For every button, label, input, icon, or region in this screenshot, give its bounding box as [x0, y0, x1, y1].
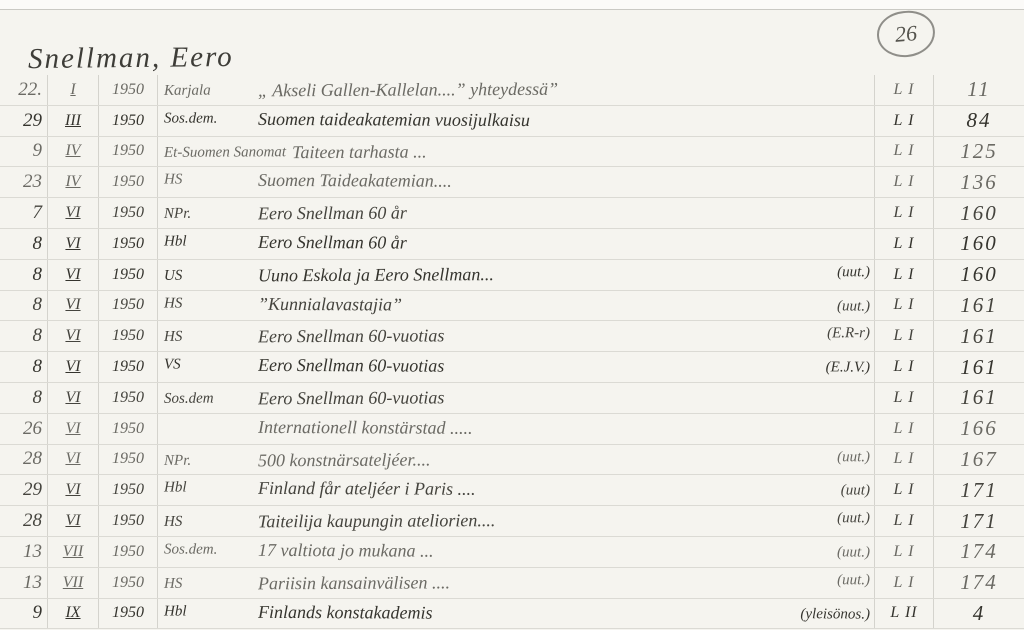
- entry-paper: HS: [164, 295, 252, 312]
- entry-text: HS Taiteilija kaupungin ateliorien.... (…: [158, 504, 874, 538]
- entry-title: Eero Snellman 60-vuotias: [258, 388, 444, 410]
- entry-page-ref: 161: [933, 352, 1024, 382]
- entry-note: (uut.): [829, 545, 870, 562]
- entry-year: 1950: [99, 414, 158, 444]
- entry-text: HS Eero Snellman 60-vuotias (E.R-r): [158, 320, 874, 354]
- entry-paper: Hbl: [164, 234, 252, 251]
- entry-page-ref: 171: [933, 475, 1024, 505]
- entry-row: 8 VI 1950 Sos.dem Eero Snellman 60-vuoti…: [0, 383, 1024, 414]
- entry-row: 9 IX 1950 Hbl Finlands konstakademis (yl…: [0, 599, 1024, 630]
- entry-page-ref: 161: [933, 383, 1024, 413]
- entry-page-ref: 161: [933, 321, 1024, 351]
- entry-text: Et-Suomen Sanomat Taiteen tarhasta ...: [158, 135, 874, 169]
- entry-title: Taiteilija kaupungin ateliorien....: [258, 511, 495, 533]
- entry-row: 28 VI 1950 HS Taiteilija kaupungin ateli…: [0, 506, 1024, 537]
- entry-month: VII: [47, 568, 99, 598]
- entry-page-ref: 174: [933, 568, 1024, 598]
- scan-top-edge: [0, 0, 1024, 10]
- entry-row: 23 IV 1950 HS Suomen Taideakatemian.... …: [0, 167, 1024, 198]
- entry-year: 1950: [99, 291, 158, 321]
- entry-day: 13: [0, 541, 47, 563]
- entry-row: 9 IV 1950 Et-Suomen Sanomat Taiteen tarh…: [0, 137, 1024, 168]
- entry-signature: L II: [874, 599, 933, 629]
- entry-row: 29 VI 1950 Hbl Finland får ateljéer i Pa…: [0, 475, 1024, 506]
- entry-year: 1950: [99, 506, 158, 536]
- entry-row: 28 VI 1950 NPr. 500 konstnärsateljéer...…: [0, 445, 1024, 476]
- entry-signature: L I: [874, 229, 933, 259]
- entry-year: 1950: [99, 321, 158, 351]
- entry-year: 1950: [99, 568, 158, 598]
- entry-text: HS Pariisin kansainvälisen .... (uut.): [158, 566, 874, 600]
- card-heading: Snellman, Eero: [28, 41, 234, 76]
- entry-row: 8 VI 1950 HS Eero Snellman 60-vuotias (E…: [0, 321, 1024, 352]
- entry-day: 9: [0, 602, 47, 624]
- entry-page-ref: 84: [933, 106, 1024, 136]
- entry-year: 1950: [99, 352, 158, 382]
- entry-text: NPr. 500 konstnärsateljéer.... (uut.): [158, 443, 874, 477]
- entry-paper: HS: [164, 514, 252, 531]
- entry-month: VI: [47, 352, 99, 382]
- entry-page-ref: 4: [933, 599, 1024, 629]
- entry-month: IX: [47, 599, 99, 629]
- entry-day: 8: [0, 356, 47, 378]
- entry-signature: L I: [874, 414, 933, 444]
- entry-day: 8: [0, 387, 47, 409]
- entry-row: 13 VII 1950 HS Pariisin kansainvälisen .…: [0, 568, 1024, 599]
- entry-year: 1950: [99, 599, 158, 629]
- entry-month: VI: [47, 383, 99, 413]
- entry-page-ref: 125: [933, 137, 1024, 167]
- entry-day: 26: [0, 418, 47, 440]
- entry-text: Hbl Eero Snellman 60 år: [158, 227, 874, 260]
- entry-year: 1950: [99, 537, 158, 567]
- entry-note: (uut.): [829, 449, 870, 466]
- entry-year: 1950: [99, 198, 158, 228]
- entry-signature: L I: [874, 291, 933, 321]
- entry-title: Eero Snellman 60-vuotias: [258, 326, 444, 348]
- entry-page-ref: 166: [933, 414, 1024, 444]
- entry-note: (E.R-r): [819, 326, 870, 343]
- entry-page-ref: 11: [933, 75, 1024, 105]
- entry-paper: NPr.: [164, 206, 252, 223]
- entry-row: 22. I 1950 Karjala „ Akseli Gallen-Kalle…: [0, 75, 1024, 106]
- entry-paper: HS: [164, 576, 252, 593]
- entry-month: VII: [47, 537, 99, 567]
- entry-month: VI: [47, 506, 99, 536]
- entry-title: Finland får ateljéer i Paris ....: [258, 479, 476, 501]
- entry-paper: Hbl: [164, 480, 252, 497]
- entry-year: 1950: [99, 260, 158, 290]
- entry-title: 500 konstnärsateljéer....: [258, 449, 431, 471]
- entry-month: I: [47, 75, 99, 105]
- entry-text: Hbl Finlands konstakademis (yleisönos.): [158, 597, 874, 630]
- entry-year: 1950: [99, 167, 158, 197]
- entry-note: (uut.): [829, 511, 870, 528]
- entry-paper: Sos.dem.: [164, 542, 252, 559]
- entry-month: VI: [47, 321, 99, 351]
- entry-signature: L I: [874, 383, 933, 413]
- entries-table: 22. I 1950 Karjala „ Akseli Gallen-Kalle…: [0, 75, 1024, 630]
- entry-signature: L I: [874, 167, 933, 197]
- entry-paper: HS: [164, 329, 252, 346]
- entry-paper: VS: [164, 357, 252, 374]
- entry-day: 7: [0, 202, 47, 224]
- entry-row: 8 VI 1950 VS Eero Snellman 60-vuotias (E…: [0, 352, 1024, 383]
- entry-note: (uut.): [829, 298, 870, 315]
- entry-day: 13: [0, 572, 47, 594]
- entry-day: 8: [0, 294, 47, 316]
- entry-title: Taiteen tarhasta ...: [292, 141, 427, 163]
- entry-signature: L I: [874, 75, 933, 105]
- entry-page-ref: 167: [933, 445, 1024, 475]
- entry-month: VI: [47, 291, 99, 321]
- entry-year: 1950: [99, 137, 158, 167]
- entry-title: Suomen Taideakatemian....: [258, 171, 452, 193]
- entry-page-ref: 161: [933, 291, 1024, 321]
- entry-text: Sos.dem Eero Snellman 60-vuotias: [158, 381, 874, 415]
- entry-row: 7 VI 1950 NPr. Eero Snellman 60 år L I 1…: [0, 198, 1024, 229]
- entry-text: VS Eero Snellman 60-vuotias (E.J.V.): [158, 351, 874, 384]
- entry-day: 29: [0, 110, 47, 132]
- entry-title: ”Kunnialavastajia”: [258, 294, 402, 316]
- entry-day: 28: [0, 448, 47, 470]
- entry-day: 8: [0, 325, 47, 347]
- entry-title: Finlands konstakademis: [258, 602, 433, 624]
- entry-day: 8: [0, 264, 47, 286]
- entry-year: 1950: [99, 383, 158, 413]
- entry-paper: Karjala: [164, 83, 252, 100]
- entry-signature: L I: [874, 260, 933, 290]
- entry-day: 28: [0, 510, 47, 532]
- entry-row: 26 VI 1950 Internationell konstärstad ..…: [0, 414, 1024, 445]
- entry-title: Eero Snellman 60-vuotias: [258, 355, 444, 377]
- entry-paper: US: [164, 268, 252, 285]
- entry-note: (uut.): [829, 572, 870, 589]
- entry-month: III: [47, 106, 99, 136]
- entry-text: US Uuno Eskola ja Eero Snellman... (uut.…: [158, 258, 874, 292]
- entry-signature: L I: [874, 321, 933, 351]
- entry-month: IV: [47, 167, 99, 197]
- entry-month: IV: [47, 137, 99, 167]
- entry-signature: L I: [874, 352, 933, 382]
- entry-page-ref: 160: [933, 229, 1024, 259]
- entry-page-ref: 136: [933, 167, 1024, 197]
- entry-paper: NPr.: [164, 452, 252, 469]
- entry-month: VI: [47, 229, 99, 259]
- entry-paper: Sos.dem: [164, 391, 252, 408]
- entry-signature: L I: [874, 445, 933, 475]
- entry-row: 13 VII 1950 Sos.dem. 17 valtiota jo muka…: [0, 537, 1024, 568]
- entry-paper: Sos.dem.: [164, 111, 252, 128]
- entry-page-ref: 160: [933, 260, 1024, 290]
- entry-signature: L I: [874, 137, 933, 167]
- entry-paper: Et-Suomen Sanomat: [164, 144, 286, 162]
- entry-text: Karjala „ Akseli Gallen-Kallelan....” yh…: [158, 73, 874, 107]
- entry-title: Suomen taideakatemian vuosijulkaisu: [258, 109, 530, 131]
- entry-text: Sos.dem. 17 valtiota jo mukana ... (uut.…: [158, 535, 874, 568]
- entry-signature: L I: [874, 537, 933, 567]
- entry-signature: L I: [874, 475, 933, 505]
- entry-note: (uut.): [829, 264, 870, 281]
- entry-page-ref: 174: [933, 537, 1024, 567]
- entry-signature: L I: [874, 506, 933, 536]
- entry-year: 1950: [99, 229, 158, 259]
- entry-day: 9: [0, 140, 47, 162]
- entry-title: Pariisin kansainvälisen ....: [258, 572, 450, 594]
- entry-year: 1950: [99, 106, 158, 136]
- entry-text: NPr. Eero Snellman 60 år: [158, 196, 874, 230]
- entry-text: Internationell konstärstad .....: [158, 412, 874, 445]
- entry-title: „ Akseli Gallen-Kallelan....” yhteydessä…: [258, 79, 558, 102]
- entry-row: 8 VI 1950 Hbl Eero Snellman 60 år L I 16…: [0, 229, 1024, 260]
- archive-index-card: Snellman, Eero 26 22. I 1950 Karjala „ A…: [0, 0, 1024, 630]
- entry-month: VI: [47, 198, 99, 228]
- entry-day: 8: [0, 233, 47, 255]
- entry-month: VI: [47, 475, 99, 505]
- entry-title: 17 valtiota jo mukana ...: [258, 540, 434, 562]
- entry-row: 29 III 1950 Sos.dem. Suomen taideakatemi…: [0, 106, 1024, 137]
- entry-row: 8 VI 1950 HS ”Kunnialavastajia” (uut.) L…: [0, 291, 1024, 322]
- page-number-badge: 26: [875, 9, 937, 60]
- entry-note: (uut): [833, 483, 870, 500]
- entry-text: HS Suomen Taideakatemian....: [158, 166, 874, 199]
- entry-paper: HS: [164, 172, 252, 189]
- entry-day: 29: [0, 479, 47, 501]
- entry-note: (E.J.V.): [818, 360, 870, 377]
- entry-title: Eero Snellman 60 år: [258, 203, 407, 225]
- entry-text: Hbl Finland får ateljéer i Paris .... (u…: [158, 474, 874, 507]
- entry-year: 1950: [99, 475, 158, 505]
- entry-year: 1950: [99, 445, 158, 475]
- entry-signature: L I: [874, 568, 933, 598]
- entry-row: 8 VI 1950 US Uuno Eskola ja Eero Snellma…: [0, 260, 1024, 291]
- entry-text: HS ”Kunnialavastajia” (uut.): [158, 289, 874, 322]
- entry-page-ref: 171: [933, 506, 1024, 536]
- entry-month: VI: [47, 414, 99, 444]
- page-number: 26: [894, 20, 918, 48]
- entry-page-ref: 160: [933, 198, 1024, 228]
- entry-month: VI: [47, 445, 99, 475]
- entry-note: (yleisönos.): [792, 606, 870, 623]
- entry-year: 1950: [99, 75, 158, 105]
- entry-text: Sos.dem. Suomen taideakatemian vuosijulk…: [158, 104, 874, 137]
- entry-title: Internationell konstärstad .....: [258, 417, 473, 439]
- entry-title: Uuno Eskola ja Eero Snellman...: [258, 264, 494, 286]
- entry-day: 22.: [0, 79, 47, 101]
- entry-title: Eero Snellman 60 år: [258, 232, 407, 254]
- entry-paper: Hbl: [164, 603, 252, 620]
- entry-signature: L I: [874, 106, 933, 136]
- entry-signature: L I: [874, 198, 933, 228]
- entry-month: VI: [47, 260, 99, 290]
- entry-day: 23: [0, 171, 47, 193]
